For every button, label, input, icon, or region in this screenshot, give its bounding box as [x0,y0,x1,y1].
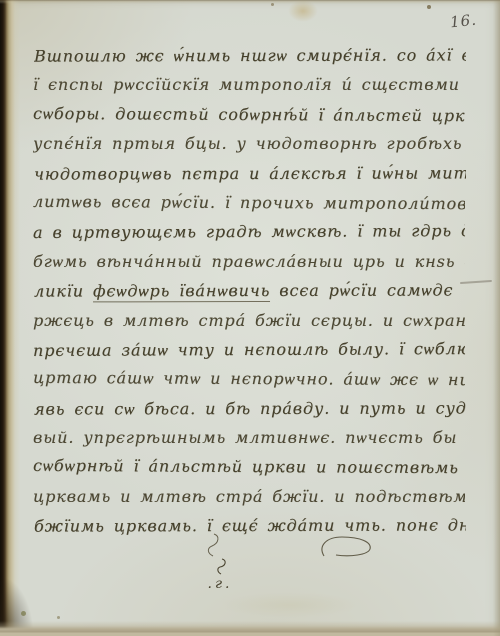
manuscript-line: бжїимь црквамь. ї єщє́ жда́ти чть. понє … [34,511,466,542]
manuscript-line: успє́нїя пртыя бцы. у чюдотворнѣ гробѣхь… [33,129,465,158]
binding-gutter-shadow [0,0,20,636]
manuscript-line: сѡбѡрнѣй ї а́пльстѣй цркви и пошєствѣмь … [33,451,465,483]
stain [427,5,431,9]
stain [271,3,274,6]
quire-flourish-icon [211,558,229,576]
manuscript-line: литѡвь всєа рѡ́сїи. ї прочихь митрополи́… [33,187,465,219]
flourish-tail [200,533,226,559]
manuscript-line: вый. упрєгрѣшнымь млтивнѡє. пѡчєсть бы ж… [33,423,465,452]
page-edge-top [0,0,500,4]
quire-numeral: .г. [198,576,242,592]
underlined-tsar-name: фєѡдѡрь їва́нѡвичь [93,281,270,302]
folio-number: 16. [449,11,478,32]
stain [288,0,318,22]
stain [21,611,26,616]
page-edge-bottom [0,621,500,636]
manuscript-line: ликїи фєѡдѡрь їва́нѡвичь всєа рѡ́сїи сам… [34,276,466,307]
quire-signature: .г. [198,558,242,592]
flourish-swash [316,534,378,560]
manuscript-line: бгѡмь вѣнча́нный правѡсла́вныи црь и кнѕ… [33,247,465,276]
stain [57,616,60,619]
page-edge-right [493,0,500,636]
manuscript-line: чюдотворцѡвь пєтра и а́лєксѣя ї иѡ́ны ми… [34,158,466,189]
manuscript-line: сѡборы. дошєстьй собѡрнѣ́й ї а́пльстєй ц… [33,99,465,131]
manuscript-scan: 16. Вшпошлю жє ѡ́нимь ншгѡ смирє́нїя. со… [0,0,500,636]
manuscript-line: прєчєша за́шѡ чту и нєпошлѣ былу. ї сѡбл… [33,334,465,365]
manuscript-line: явь єси сѡ бѣса. и бѣ пра́вду. и путь и … [34,393,466,424]
manuscript-line: цртаю са́шѡ чтѡ и нєпорѡчно. а́шѡ жє ѡ н… [33,363,465,395]
manuscript-line: Вшпошлю жє ѡ́нимь ншгѡ смирє́нїя. со а́х… [34,40,466,71]
manuscript-line: ржєць в млтвѣ стра́ бжїи сєрцы. и сѡхран… [33,306,465,335]
manuscript-line: а в цртвующємь градѣ мѡсквѣ. ї ты гдрь д… [33,216,465,247]
text-block: Вшпошлю жє ѡ́нимь ншгѡ смирє́нїя. со а́х… [33,41,465,541]
stain [220,592,360,618]
manuscript-line: ї єпспы рѡссїйскїя митрополїя и́ сщєствм… [33,70,465,99]
manuscript-line: црквамь и млтвѣ стра́ бжїи. и подѣствѣмь… [33,482,465,511]
